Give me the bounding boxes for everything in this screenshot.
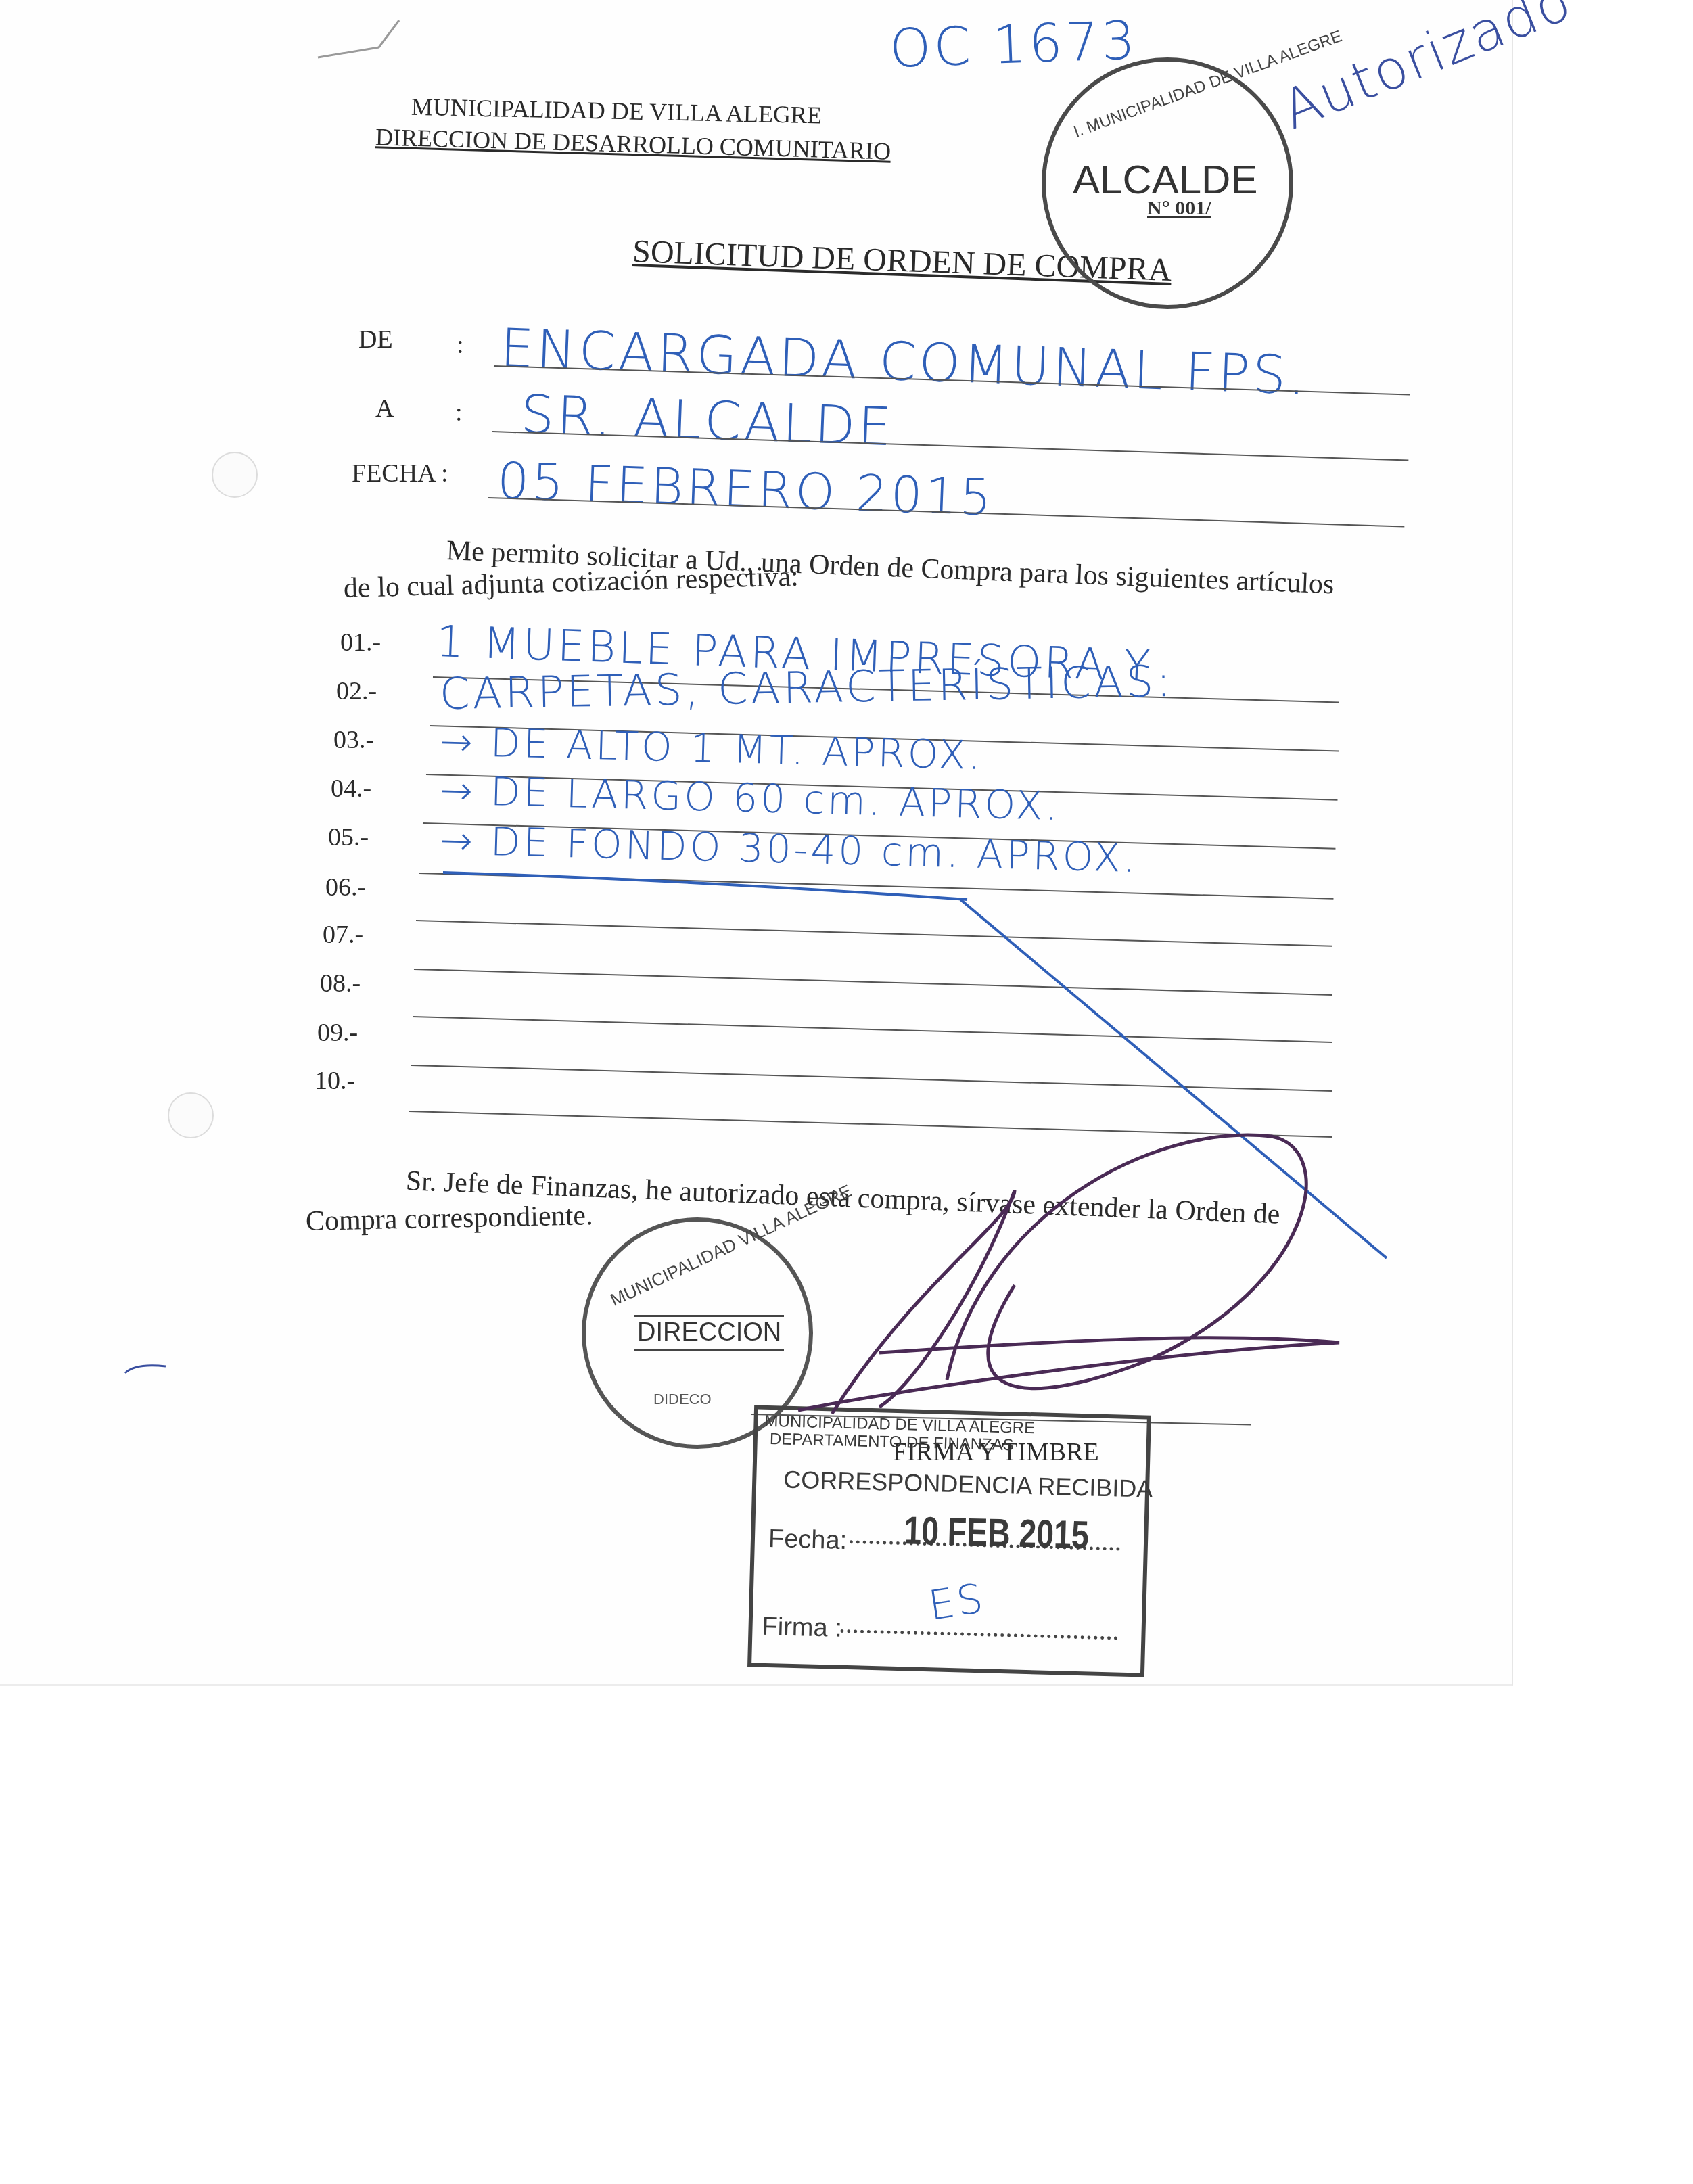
item-underline-stroke bbox=[443, 873, 967, 900]
document-page: OC 1673 MUNICIPALIDAD DE VILLA ALEGRE DI… bbox=[0, 0, 1513, 1686]
signature-stroke bbox=[798, 1135, 1339, 1414]
pen-marks bbox=[0, 0, 1693, 2184]
cancel-line bbox=[960, 900, 1387, 1258]
